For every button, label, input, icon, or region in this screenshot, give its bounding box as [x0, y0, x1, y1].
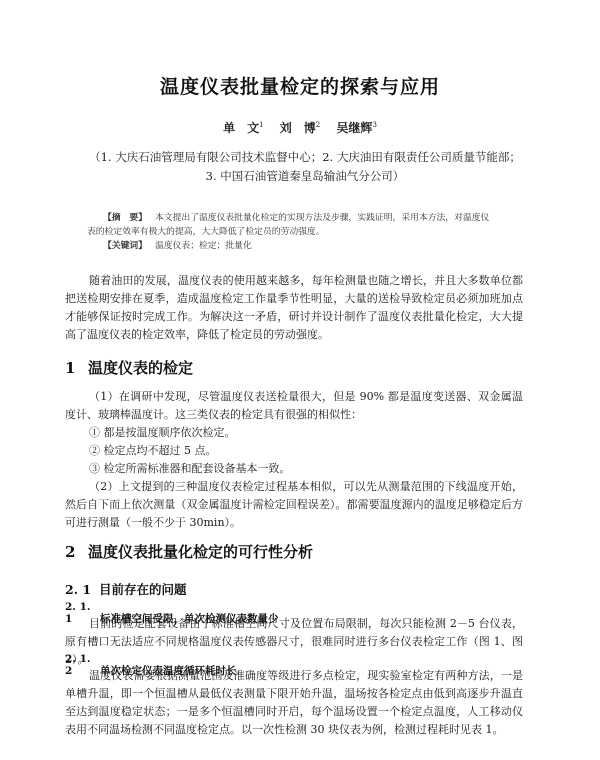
section-heading-1: 1温度仪表的检定	[65, 357, 193, 378]
keywords-line: 【关键词】温度仪表；检定；批量化	[87, 239, 502, 253]
list-item: ① 都是按温度顺序依次检定。	[65, 424, 523, 442]
subsection-heading: 2. 1目前存在的问题	[65, 580, 187, 598]
affiliations: （1. 大庆石油管理局有限公司技术监督中心；2. 大庆油田有限责任公司质量节能部…	[70, 148, 540, 186]
author: 吴继辉3	[336, 121, 376, 135]
paper-title: 温度仪表批量检定的探索与应用	[0, 72, 600, 99]
section1-body: （1）在调研中发现，尽管温度仪表送检量很大，但是 90% 都是温度变送器、双金属…	[65, 388, 523, 532]
list-item: ③ 检定所需标准器和配套设备基本一致。	[65, 460, 523, 478]
intro-paragraph: 随着油田的发展，温度仪表的使用越来越多，每年检测量也随之增长，并且大多数单位都把…	[65, 272, 523, 344]
keywords-text: 温度仪表；检定；批量化	[155, 241, 252, 251]
abstract-block: 【摘 要】本文提出了温度仪表批量化检定的实现方法及步骤，实践证明，采用本方法，对…	[87, 211, 502, 253]
section-heading-2: 2温度仪表批量化检定的可行性分析	[65, 541, 313, 562]
author-list: 单 文1 刘 博2 吴继辉3	[0, 119, 600, 136]
list-item: ② 检定点均不超过 5 点。	[65, 442, 523, 460]
abstract-label: 【摘 要】	[103, 213, 147, 223]
affiliation-line: （1. 大庆石油管理局有限公司技术监督中心；2. 大庆油田有限责任公司质量节能部…	[70, 148, 540, 167]
paragraph: （2）上文提到的三种温度仪表检定过程基本相似，可以先从测量范围的下线温度开始，然…	[65, 478, 523, 532]
affiliation-line: 3. 中国石油管道秦皇岛输油气分公司）	[70, 167, 540, 186]
keywords-label: 【关键词】	[103, 241, 147, 251]
author: 单 文1	[223, 121, 263, 135]
author: 刘 博2	[280, 121, 320, 135]
abstract-line: 【摘 要】本文提出了温度仪表批量化检定的实现方法及步骤，实践证明，采用本方法，对…	[87, 211, 502, 225]
paragraph: 温度仪表需要根据测量范围及准确度等级进行多点检定，现实验室检定有两种方法，一是单…	[65, 667, 523, 739]
paragraph: （1）在调研中发现，尽管温度仪表送检量很大，但是 90% 都是温度变送器、双金属…	[65, 388, 523, 424]
abstract-line: 表的检定效率有极大的提高，大大降低了检定员的劳动强度。	[87, 225, 502, 239]
